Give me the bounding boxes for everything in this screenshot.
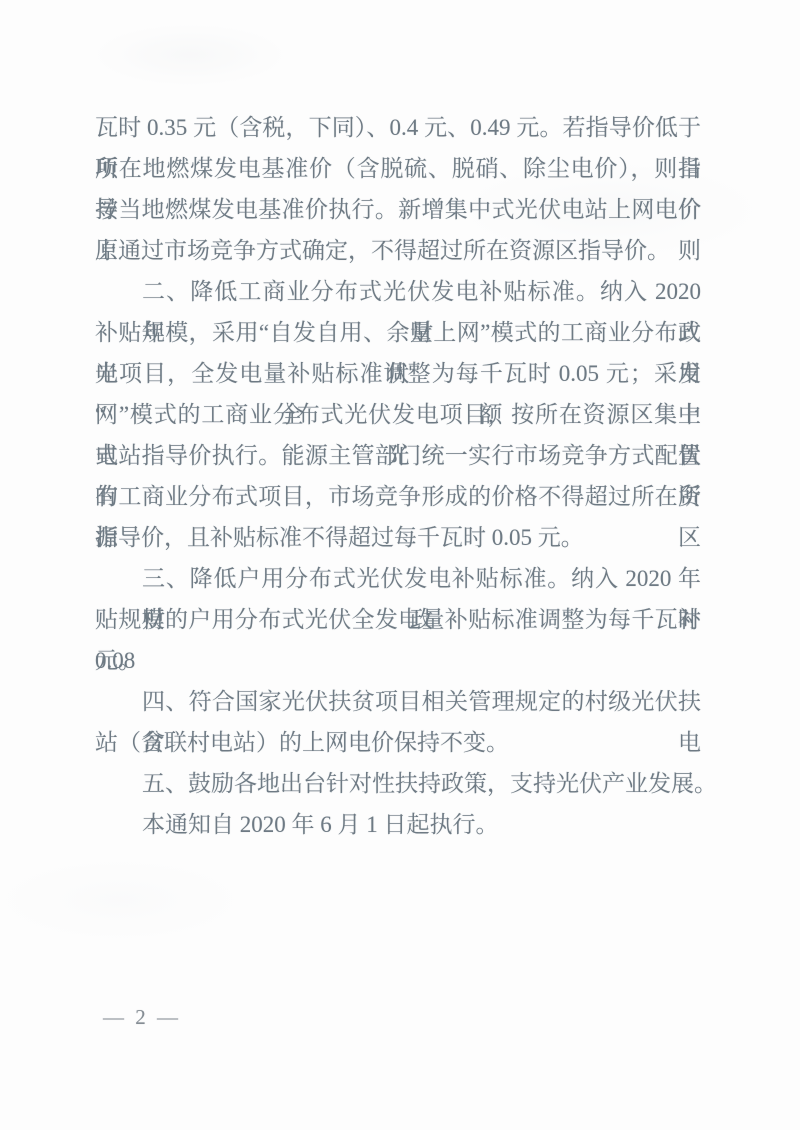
text-line: 本通知自 2020 年 6 月 1 日起执行。 [95,804,701,845]
scanned-document-page: 瓦时 0.35 元（含税，下同）、0.4 元、0.49 元。若指导价低于项目 所… [0,0,800,1130]
paragraph-item-two: 二、降低工商业分布式光伏发电补贴标准。纳入 2020 年财政 补贴规模，采用“自… [95,271,701,558]
text-line: 四、符合国家光伏扶贫项目相关管理规定的村级光伏扶贫电 [95,681,701,722]
text-line: 二、降低工商业分布式光伏发电补贴标准。纳入 2020 年财政 [95,271,701,312]
text-line: 按当地燃煤发电基准价执行。新增集中式光伏电站上网电价原则 [95,189,701,230]
text-line: 上通过市场竞争方式确定，不得超过所在资源区指导价。 [95,230,701,271]
page-number: — 2 — [103,1005,181,1029]
text-line: 所在地燃煤发电基准价（含脱硫、脱硝、除尘电价），则指导价 [95,148,701,189]
text-line: 元。 [95,640,701,681]
text-line: 补贴规模，采用“自发自用、余量上网”模式的工商业分布式光伏发 [95,312,701,353]
paragraph-item-four: 四、符合国家光伏扶贫项目相关管理规定的村级光伏扶贫电 站（含联村电站）的上网电价… [95,681,701,763]
text-line: 电站指导价执行。能源主管部门统一实行市场竞争方式配置的所 [95,435,701,476]
paragraph-effective-date: 本通知自 2020 年 6 月 1 日起执行。 [95,804,701,845]
text-line: 三、降低户用分布式光伏发电补贴标准。纳入 2020 年财政补 [95,558,701,599]
page-footer: — 2 — [103,1002,181,1032]
text-line: 电项目，全发电量补贴标准调整为每千瓦时 0.05 元；采用“全额上 [95,353,701,394]
text-line: 网”模式的工商业分布式光伏发电项目，按所在资源区集中式光伏 [95,394,701,435]
paragraph-item-three: 三、降低户用分布式光伏发电补贴标准。纳入 2020 年财政补 贴规模的户用分布式… [95,558,701,681]
document-body: 瓦时 0.35 元（含税，下同）、0.4 元、0.49 元。若指导价低于项目 所… [95,107,701,845]
paragraph-item-five: 五、鼓励各地出台针对性扶持政策，支持光伏产业发展。 [95,763,701,804]
text-line: 五、鼓励各地出台针对性扶持政策，支持光伏产业发展。 [95,763,701,804]
text-line: 瓦时 0.35 元（含税，下同）、0.4 元、0.49 元。若指导价低于项目 [95,107,701,148]
text-line: 有工商业分布式项目，市场竞争形成的价格不得超过所在资源区 [95,476,701,517]
paragraph-continuation: 瓦时 0.35 元（含税，下同）、0.4 元、0.49 元。若指导价低于项目 所… [95,107,701,271]
text-line: 贴规模的户用分布式光伏全发电量补贴标准调整为每千瓦时 0.08 [95,599,701,640]
